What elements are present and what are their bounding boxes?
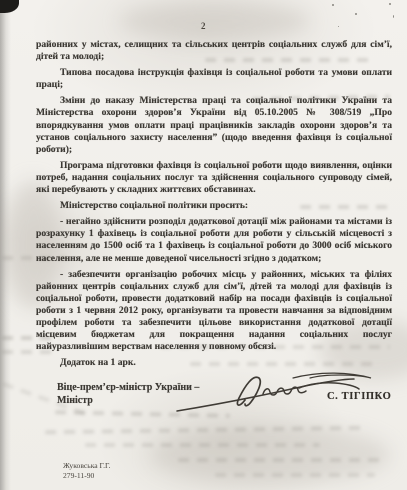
paragraph-request-intro: Міністерство соціальної політики просить…: [36, 200, 392, 212]
signatory-name: С. ТІГІПКО: [327, 391, 391, 402]
paragraph: Типова посадова інструкція фахівця із со…: [36, 67, 392, 91]
scan-smudge: [85, 443, 320, 447]
paragraph: Зміни до наказу Міністерства праці та со…: [36, 95, 392, 155]
paragraph-continuation: районних у містах, селищних та сільських…: [36, 39, 392, 63]
scan-corner-mark: [0, 0, 19, 13]
document-footer: Жуковська Г.Г. 279-11-90: [63, 461, 110, 480]
scan-smudge: [178, 458, 383, 462]
scan-speck: [338, 26, 339, 27]
paragraph: Програма підготовки фахівця із соціально…: [36, 160, 392, 196]
paragraph-list-item: - негайно здійснити розподіл додаткової …: [36, 216, 392, 264]
scan-speck: [355, 13, 357, 15]
footer-contact-name: Жуковська Г.Г.: [63, 461, 110, 471]
footer-phone: 279-11-90: [63, 471, 110, 481]
page-number: 2: [201, 21, 206, 31]
paragraph-list-item: - забезпечити організацію робочих місць …: [36, 269, 392, 354]
scan-smudge: [215, 473, 375, 477]
scanned-document-page: 2 районних у містах, селищних та сільськ…: [0, 0, 407, 490]
scan-blotch: [120, 2, 310, 40]
scan-speck: [389, 3, 391, 5]
scan-speck: [393, 15, 394, 18]
document-body: районних у містах, селищних та сільських…: [36, 39, 392, 373]
scan-speck: [332, 4, 334, 6]
